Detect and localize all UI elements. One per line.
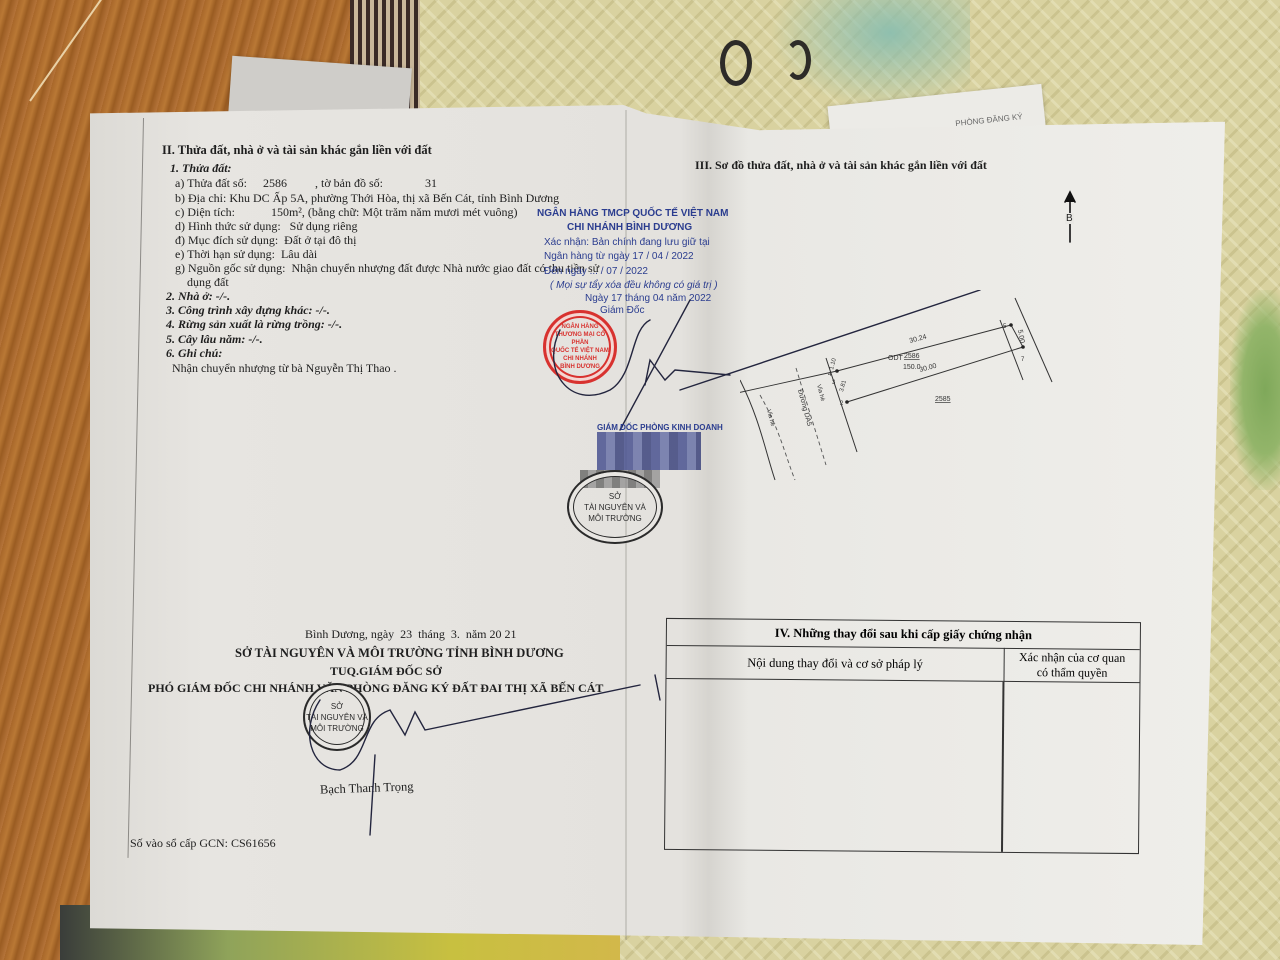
other-construction-item: 3. Công trình xây dựng khác: -/-. — [166, 303, 330, 318]
production-forest-item: 4. Rừng sản xuất là rừng trồng: -/-. — [166, 317, 342, 332]
svg-text:ODT: ODT — [888, 355, 904, 362]
usage-origin-cont: dụng đất — [187, 275, 229, 290]
parcel-number-label: a) Thửa đất số: — [175, 176, 247, 191]
map-sheet-number: 31 — [425, 176, 437, 191]
area: c) Diện tích: 150m², (bằng chữ: Một trăm… — [175, 205, 518, 220]
land-parcel-heading: 1. Thửa đất: — [170, 161, 232, 176]
bank-to-date: Đến ngày ... / 07 / 2022 — [544, 266, 648, 277]
svg-text:Vỉa hè: Vỉa hè — [815, 384, 826, 403]
mat-green-pattern — [1230, 290, 1280, 490]
svg-text:30.24: 30.24 — [909, 334, 928, 345]
svg-text:1.10: 1.10 — [829, 357, 838, 370]
bank-confirmation: Xác nhận: Bản chính đang lưu giữ tại — [544, 237, 710, 248]
parcel-diagram: 30.24 30.00 ODT 2586 150.0 5.00 1.10 3.8… — [740, 180, 1120, 500]
director-signature — [300, 660, 680, 840]
bank-from-date: Ngân hàng từ ngày 17 / 04 / 2022 — [544, 251, 694, 262]
changes-col-confirmation: Xác nhận của cơ quan có thẩm quyền — [1004, 648, 1139, 683]
usage-origin: g) Nguồn gốc sử dụng: Nhận chuyển nhượng… — [175, 261, 599, 276]
notes-heading: 6. Ghi chú: — [166, 346, 222, 361]
bank-name: NGÂN HÀNG TMCP QUỐC TẾ VIỆT NAM — [537, 208, 728, 219]
registry-number: Số vào sổ cấp GCN: CS61656 — [130, 836, 276, 851]
section-ii-title: II. Thửa đất, nhà ở và tài sản khác gắn … — [162, 143, 432, 158]
perennial-trees-item: 5. Cây lâu năm: -/-. — [166, 332, 263, 347]
map-sheet-label: , tờ bản đồ số: — [315, 176, 383, 191]
col-confirmation-line: có thẩm quyền — [1004, 665, 1139, 681]
redacted-area — [597, 432, 701, 470]
svg-text:5: 5 — [1003, 324, 1007, 330]
svg-text:Vỉa hè: Vỉa hè — [765, 409, 776, 428]
director-label: GIÁM ĐỐC PHÒNG KINH DOANH — [597, 423, 723, 432]
svg-text:5.00: 5.00 — [1016, 329, 1025, 344]
seal-line: SỞ — [609, 491, 621, 502]
changes-column-divider — [1001, 682, 1004, 852]
svg-text:2586: 2586 — [904, 353, 920, 360]
svg-text:Đường DA5: Đường DA5 — [796, 389, 813, 427]
parcel-number: 2586 — [263, 176, 287, 191]
notes-text: Nhận chuyển nhượng từ bà Nguyễn Thị Thao… — [172, 361, 397, 376]
svg-text:7: 7 — [1021, 357, 1025, 363]
changes-table: IV. Những thay đổi sau khi cấp giấy chứn… — [664, 618, 1141, 854]
issuing-authority: SỞ TÀI NGUYÊN VÀ MÔI TRƯỜNG TỈNH BÌNH DƯ… — [235, 646, 564, 661]
seal-line: TÀI NGUYÊN VÀ — [584, 502, 646, 513]
department-seal: SỞ TÀI NGUYÊN VÀ MÔI TRƯỜNG — [567, 470, 663, 544]
mat-letter-shape — [785, 40, 811, 80]
usage-form: d) Hình thức sử dụng: Sử dụng riêng — [175, 219, 358, 234]
svg-text:30.00: 30.00 — [919, 363, 938, 374]
col-confirmation-line: Xác nhận của cơ quan — [1005, 650, 1140, 666]
issue-date: Bình Dương, ngày 23 tháng 3. năm 20 21 — [305, 627, 517, 642]
svg-text:3.81: 3.81 — [839, 379, 848, 392]
house-item: 2. Nhà ở: -/-. — [166, 289, 230, 304]
bank-branch: CHI NHÁNH BÌNH DƯƠNG — [567, 222, 692, 233]
changes-col-content: Nội dung thay đổi và cơ sở pháp lý — [666, 645, 1004, 682]
seal-line: MÔI TRƯỜNG — [588, 513, 642, 524]
svg-text:2585: 2585 — [935, 396, 951, 403]
address: b) Địa chỉ: Khu DC Ấp 5A, phường Thới Hò… — [175, 191, 559, 206]
section-iii-title: III. Sơ đồ thửa đất, nhà ở và tài sản kh… — [695, 158, 987, 173]
svg-text:150.0: 150.0 — [903, 364, 921, 371]
usage-purpose: đ) Mục đích sử dụng: Đất ở tại đô thị — [175, 233, 357, 248]
mat-letter-shape — [720, 40, 752, 86]
usage-term: e) Thời hạn sử dụng: Lâu dài — [175, 247, 317, 262]
svg-text:2: 2 — [840, 401, 844, 407]
